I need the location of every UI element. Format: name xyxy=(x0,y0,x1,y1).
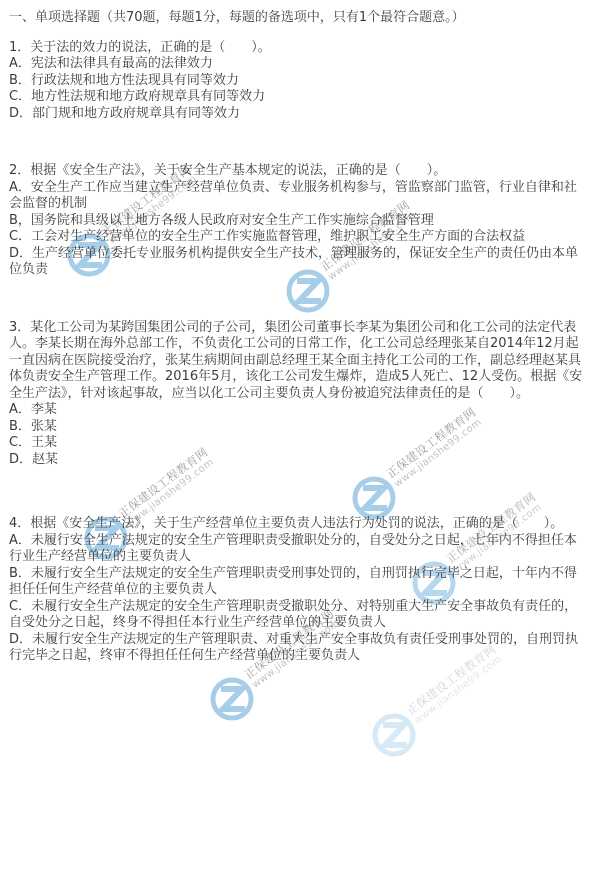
question-3-option-c: C．王某 xyxy=(9,435,583,452)
question-2-stem: 2．根据《安全生产法》，关于安全生产基本规定的说法，正确的是（ ）。 xyxy=(9,163,583,180)
question-4-stem: 4．根据《安全生产法》，关于生产经营单位主要负责人违法行为处罚的说法，正确的是（… xyxy=(9,516,583,533)
question-4-option-c: C．未履行安全生产法规定的安全生产管理职责受撤职处分、对特别重大生产安全事故负有… xyxy=(9,599,583,632)
question-2-option-b: B，国务院和具级以上地方各级人民政府对安全生产工作实施综合监督管理 xyxy=(9,213,583,230)
question-2-option-c: C．工会对生产经营单位的安全生产工作实施监督管理，维护职工安全生产方面的合法权益 xyxy=(9,229,583,246)
question-3-option-a: A．李某 xyxy=(9,402,583,419)
question-1-option-c: C．地方性法规和地方政府规章具有同等效力 xyxy=(9,89,583,106)
question-3-option-d: D．赵某 xyxy=(9,452,583,469)
question-2-option-a: A．安全生产工作应当建立生产经营单位负责、专业服务机构参与，管监察部门监管，行业… xyxy=(9,180,583,213)
question-3: 3．某化工公司为某跨国集团公司的子公司，集团公司董事长李某为集团公司和化工公司的… xyxy=(9,320,583,469)
jianshe99-logo-icon xyxy=(372,713,416,757)
question-1: 1．关于法的效力的说法，正确的是（ ）。 A．宪法和法律具有最高的法律效力 B．… xyxy=(9,40,583,123)
exam-document-page: 正保建设工程教育网 www.jianshe99.com 正保建设工程教育网 ww… xyxy=(0,0,592,872)
question-1-stem: 1．关于法的效力的说法，正确的是（ ）。 xyxy=(9,40,583,57)
exam-content: 一、单项选择题（共70题，每题1分，每题的备选项中，只有1个最符合题意。） 1．… xyxy=(0,0,592,665)
jianshe99-logo-icon xyxy=(210,677,254,721)
question-4-option-d: D．未履行安全生产法规定的生产管理职责、对重大生产安全事故负有责任受刑事处罚的，… xyxy=(9,632,583,665)
question-1-option-d: D．部门规和地方政府规章具有同等效力 xyxy=(9,106,583,123)
question-4-option-b: B．未履行安全生产法规定的安全生产管理职责受刑事处罚的，自刑罚执行完毕之日起，十… xyxy=(9,566,583,599)
question-4-option-a: A．未履行安全生产法规定的安全生产管理职责受撤职处分的，自受处分之日起，七年内不… xyxy=(9,533,583,566)
question-1-option-b: B．行政法规和地方性法现具有同等效力 xyxy=(9,73,583,90)
question-4: 4．根据《安全生产法》，关于生产经营单位主要负责人违法行为处罚的说法，正确的是（… xyxy=(9,516,583,665)
question-3-stem: 3．某化工公司为某跨国集团公司的子公司，集团公司董事长李某为集团公司和化工公司的… xyxy=(9,320,583,403)
question-2-option-d: D．生产经营单位委托专业服务机构提供安全生产技术，管理服务的，保证安全生产的责任… xyxy=(9,246,583,279)
question-1-option-a: A．宪法和法律具有最高的法律效力 xyxy=(9,56,583,73)
question-2: 2．根据《安全生产法》，关于安全生产基本规定的说法，正确的是（ ）。 A．安全生… xyxy=(9,163,583,279)
section-header: 一、单项选择题（共70题，每题1分，每题的备选项中，只有1个最符合题意。） xyxy=(9,10,583,27)
question-3-option-b: B．张某 xyxy=(9,419,583,436)
